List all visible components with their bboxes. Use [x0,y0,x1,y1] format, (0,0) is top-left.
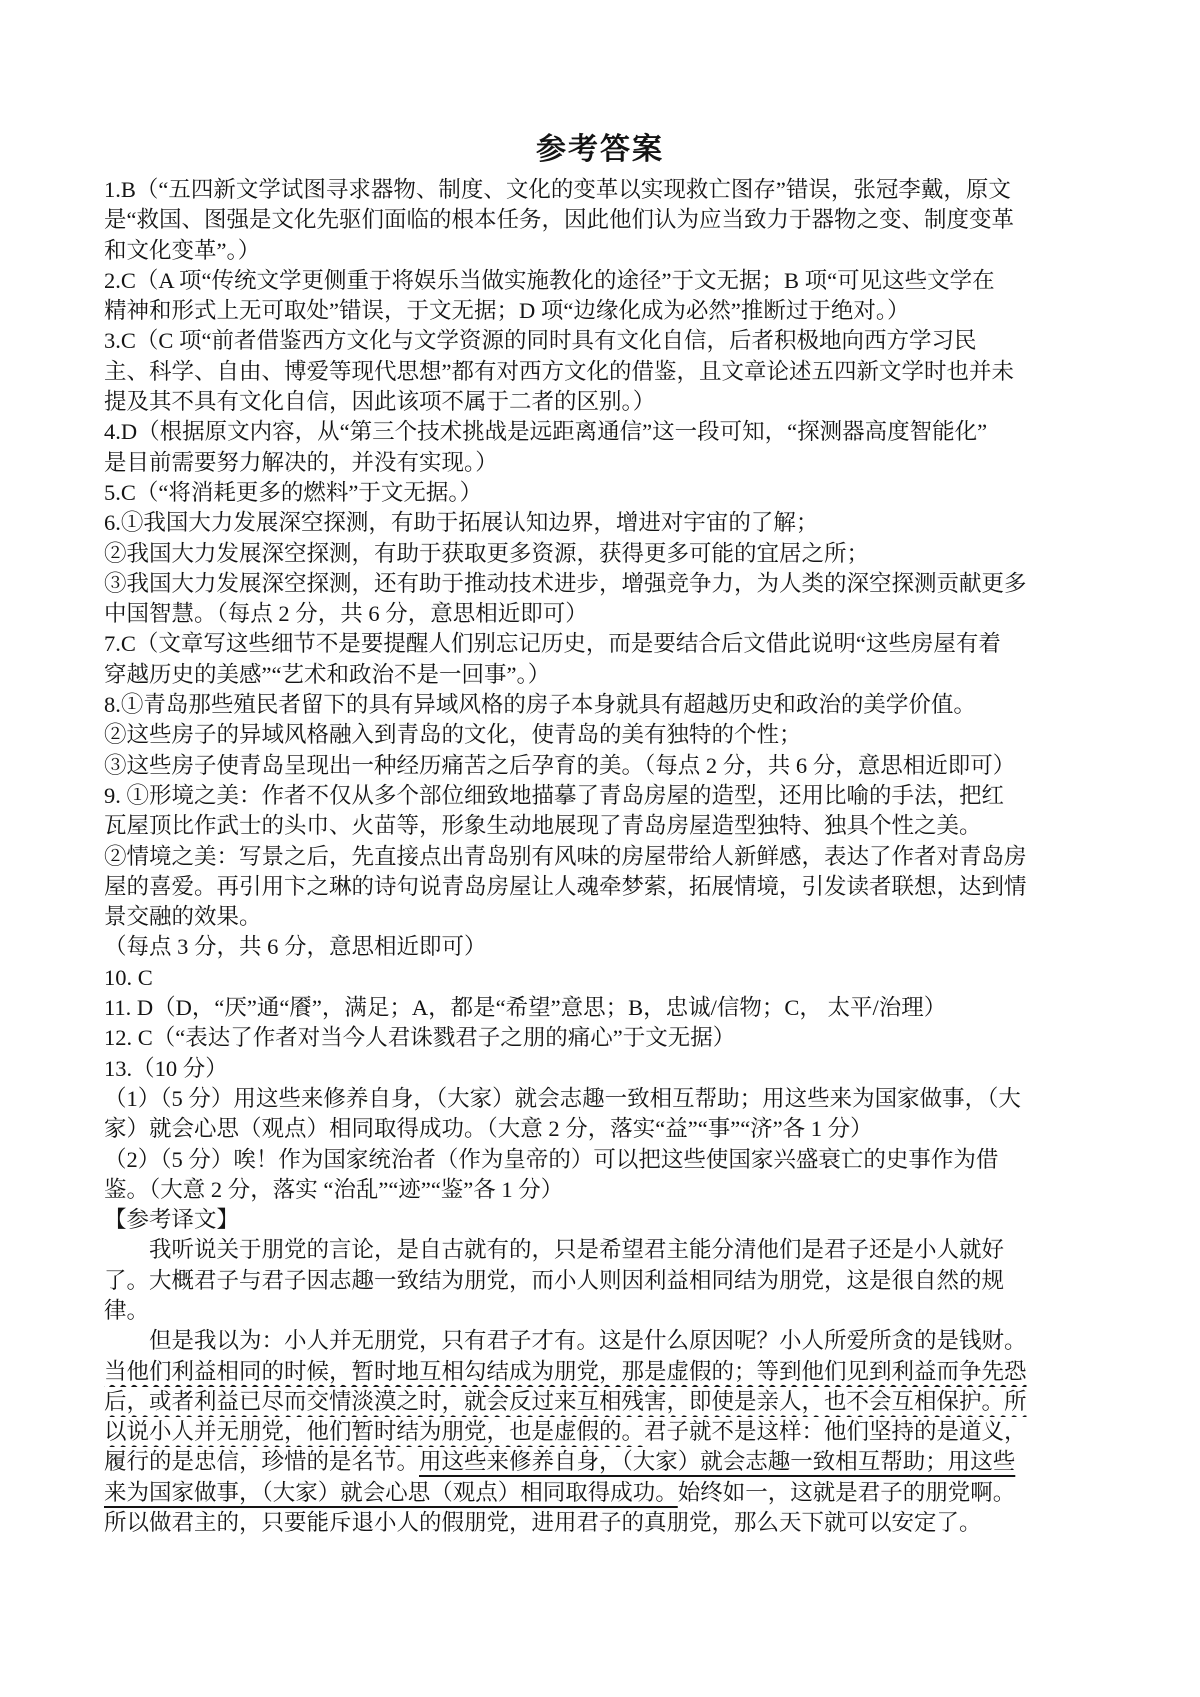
text-segment: 1.B（“五四新文学试图寻求器物、制度、文化的变革以实现救亡图存”错误，张冠李戴… [104,177,1011,202]
text-line: 10. C [104,963,1104,993]
text-line: 所以做君主的，只要能斥退小人的假朋党，进用君子的真朋党，那么天下就可以安定了。 [104,1508,1104,1538]
text-line: 是目前需要努力解决的，并没有实现。） [104,448,1104,478]
text-line: 来为国家做事，（大家）就会心思（观点）相同取得成功。始终如一，这就是君子的朋党啊… [104,1478,1104,1508]
underlined-text: 来为国家做事，（大家）就会心思（观点）相同取得成功。 [104,1480,678,1505]
text-segment: 3.C（C 项“前者借鉴西方文化与文学资源的同时具有文化自信，后者积极地向西方学… [104,328,977,353]
text-line: 当他们利益相同的时候，暂时地互相勾结成为朋党，那是虚假的；等到他们见到利益而争先… [104,1357,1104,1387]
text-segment: ②我国大力发展深空探测，有助于获取更多资源，获得更多可能的宜居之所； [104,541,869,566]
text-line: （每点 3 分，共 6 分，意思相近即可） [104,932,1104,962]
text-segment: 是“救国、图强是文化先驱们面临的根本任务，因此他们认为应当致力于器物之变、制度变… [104,207,1014,232]
text-segment: 提及其不具有文化自信，因此该项不属于二者的区别。） [104,389,655,414]
text-segment: 所以做君主的，只要能斥退小人的假朋党，进用君子的真朋党，那么天下就可以安定了。 [104,1510,982,1535]
text-line: 2.C（A 项“传统文学更侧重于将娱乐当做实施教化的途径”于文无据；B 项“可见… [104,266,1104,296]
text-line: 1.B（“五四新文学试图寻求器物、制度、文化的变革以实现救亡图存”错误，张冠李戴… [104,175,1104,205]
text-line: 我听说关于朋党的言论，是自古就有的，只是希望君主能分清他们是君子还是小人就好 [104,1235,1104,1265]
text-segment: 我听说关于朋党的言论，是自古就有的，只是希望君主能分清他们是君子还是小人就好 [149,1237,1004,1262]
text-line: ②这些房子的异域风格融入到青岛的文化，使青岛的美有独特的个性； [104,720,1104,750]
text-segment: 中国智慧。（每点 2 分，共 6 分，意思相近即可） [104,601,588,626]
text-line: 履行的是忠信，珍惜的是名节。用这些来修养自身，（大家）就会志趣一致相互帮助；用这… [104,1447,1104,1477]
text-line: 11. D（D，“厌”通“餍”，满足；A，都是“希望”意思；B，忠诚/信物；C，… [104,993,1104,1023]
text-line: 提及其不具有文化自信，因此该项不属于二者的区别。） [104,387,1104,417]
text-segment: 始终如一，这就是君子的朋党啊。 [678,1480,1016,1505]
text-segment: ③这些房子使青岛呈现出一种经历痛苦之后孕育的美。（每点 2 分，共 6 分，意思… [104,753,1015,778]
text-line: 家）就会心思（观点）相同取得成功。（大意 2 分，落实“益”“事”“济”各 1 … [104,1114,1104,1144]
text-line: 3.C（C 项“前者借鉴西方文化与文学资源的同时具有文化自信，后者积极地向西方学… [104,326,1104,356]
text-segment: 【参考译文】 [104,1207,239,1232]
text-segment: 13.（10 分） [104,1056,228,1081]
text-segment: 了。大概君子与君子因志趣一致结为朋党，而小人则因利益相同结为朋党，这是很自然的规 [104,1268,1004,1293]
text-segment: 履行的是忠信，珍惜的是名节。 [104,1449,419,1474]
document-page: 参考答案 1.B（“五四新文学试图寻求器物、制度、文化的变革以实现救亡图存”错误… [0,0,1200,1697]
text-segment: 景交融的效果。 [104,904,262,929]
text-segment: 6.①我国大力发展深空探测，有助于拓展认知边界，增进对宇宙的了解； [104,510,818,535]
text-segment: （2）（5 分）唉！作为国家统治者（作为皇帝的）可以把这些使国家兴盛衰亡的史事作… [104,1147,998,1172]
wavy-underlined-text: 以说小人并无朋党，他们暂时结为朋党，也是虚假的。 [104,1419,644,1444]
text-segment: 鉴。（大意 2 分，落实 “治乱”“迹”“鉴”各 1 分） [104,1177,563,1202]
text-segment: 瓦屋顶比作武士的头巾、火苗等，形象生动地展现了青岛房屋造型独特、独具个性之美。 [104,813,982,838]
text-line: ②情境之美：写景之后，先直接点出青岛别有风味的房屋带给人新鲜感，表达了作者对青岛… [104,842,1104,872]
text-line: 7.C（文章写这些细节不是要提醒人们别忘记历史，而是要结合后文借此说明“这些房屋… [104,629,1104,659]
text-line: 后，或者利益已尽而交情淡漠之时，就会反过来互相残害，即使是亲人，也不会互相保护。… [104,1387,1104,1417]
wavy-underlined-text: 当他们利益相同的时候，暂时地互相勾结成为朋党，那是虚假的；等到他们见到利益而争先… [104,1359,1027,1384]
text-line: 景交融的效果。 [104,902,1104,932]
text-line: 瓦屋顶比作武士的头巾、火苗等，形象生动地展现了青岛房屋造型独特、独具个性之美。 [104,811,1104,841]
text-segment: 君子就不是这样：他们坚持的是道义， [644,1419,1027,1444]
underlined-text: 用这些来修养自身，（大家）就会志趣一致相互帮助；用这些 [419,1449,1015,1474]
text-line: 5.C（“将消耗更多的燃料”于文无据。） [104,478,1104,508]
text-segment: 屋的喜爱。再引用卞之琳的诗句说青岛房屋让人魂牵梦萦，拓展情境，引发读者联想，达到… [104,874,1027,899]
text-line: 精神和形式上无可取处”错误，于文无据；D 项“边缘化成为必然”推断过于绝对。） [104,296,1104,326]
text-segment: 4.D（根据原文内容，从“第三个技术挑战是远距离通信”这一段可知，“探测器高度智… [104,419,987,444]
text-line: 了。大概君子与君子因志趣一致结为朋党，而小人则因利益相同结为朋党，这是很自然的规 [104,1266,1104,1296]
text-line: 穿越历史的美感”“艺术和政治不是一回事”。） [104,660,1104,690]
text-segment: 主、科学、自由、博爱等现代思想”都有对西方文化的借鉴，且文章论述五四新文学时也并… [104,359,1014,384]
document-body: 1.B（“五四新文学试图寻求器物、制度、文化的变革以实现救亡图存”错误，张冠李戴… [104,175,1104,1538]
text-segment: 10. C [104,965,153,990]
text-line: 律。 [104,1296,1104,1326]
text-segment: ②情境之美：写景之后，先直接点出青岛别有风味的房屋带给人新鲜感，表达了作者对青岛… [104,844,1027,869]
text-line: 鉴。（大意 2 分，落实 “治乱”“迹”“鉴”各 1 分） [104,1175,1104,1205]
text-line: 4.D（根据原文内容，从“第三个技术挑战是远距离通信”这一段可知，“探测器高度智… [104,417,1104,447]
text-line: 13.（10 分） [104,1054,1104,1084]
text-segment: 穿越历史的美感”“艺术和政治不是一回事”。） [104,662,550,687]
text-line: ③这些房子使青岛呈现出一种经历痛苦之后孕育的美。（每点 2 分，共 6 分，意思… [104,751,1104,781]
text-segment: 但是我以为：小人并无朋党，只有君子才有。这是什么原因呢？小人所爱所贪的是钱财。 [149,1328,1027,1353]
text-segment: 11. D（D，“厌”通“餍”，满足；A，都是“希望”意思；B，忠诚/信物；C，… [104,995,946,1020]
text-segment: 5.C（“将消耗更多的燃料”于文无据。） [104,480,482,505]
text-segment: 精神和形式上无可取处”错误，于文无据；D 项“边缘化成为必然”推断过于绝对。） [104,298,910,323]
text-line: ②我国大力发展深空探测，有助于获取更多资源，获得更多可能的宜居之所； [104,539,1104,569]
text-segment: 和文化变革”。） [104,238,260,263]
text-segment: 2.C（A 项“传统文学更侧重于将娱乐当做实施教化的途径”于文无据；B 项“可见… [104,268,995,293]
text-segment: 8.①青岛那些殖民者留下的具有异域风格的房子本身就具有超越历史和政治的美学价值。 [104,692,976,717]
text-line: 中国智慧。（每点 2 分，共 6 分，意思相近即可） [104,599,1104,629]
text-line: 9. ①形境之美：作者不仅从多个部位细致地描摹了青岛房屋的造型，还用比喻的手法，… [104,781,1104,811]
text-segment: 律。 [104,1298,149,1323]
text-segment: 家）就会心思（观点）相同取得成功。（大意 2 分，落实“益”“事”“济”各 1 … [104,1116,873,1141]
text-segment: ③我国大力发展深空探测，还有助于推动技术进步，增强竞争力，为人类的深空探测贡献更… [104,571,1027,596]
text-line: 屋的喜爱。再引用卞之琳的诗句说青岛房屋让人魂牵梦萦，拓展情境，引发读者联想，达到… [104,872,1104,902]
text-line: （1）（5 分）用这些来修养自身，（大家）就会志趣一致相互帮助；用这些来为国家做… [104,1084,1104,1114]
text-segment: 是目前需要努力解决的，并没有实现。） [104,450,498,475]
wavy-underlined-text: 后，或者利益已尽而交情淡漠之时，就会反过来互相残害，即使是亲人，也不会互相保护。… [104,1389,1027,1414]
text-line: 12. C（“表达了作者对当今人君诛戮君子之朋的痛心”于文无据） [104,1023,1104,1053]
page-title: 参考答案 [0,0,1200,168]
text-line: 以说小人并无朋党，他们暂时结为朋党，也是虚假的。君子就不是这样：他们坚持的是道义… [104,1417,1104,1447]
text-line: 是“救国、图强是文化先驱们面临的根本任务，因此他们认为应当致力于器物之变、制度变… [104,205,1104,235]
text-segment: 7.C（文章写这些细节不是要提醒人们别忘记历史，而是要结合后文借此说明“这些房屋… [104,631,1001,656]
text-segment: 12. C（“表达了作者对当今人君诛戮君子之朋的痛心”于文无据） [104,1025,735,1050]
text-line: 6.①我国大力发展深空探测，有助于拓展认知边界，增进对宇宙的了解； [104,508,1104,538]
text-line: 和文化变革”。） [104,236,1104,266]
text-line: （2）（5 分）唉！作为国家统治者（作为皇帝的）可以把这些使国家兴盛衰亡的史事作… [104,1145,1104,1175]
text-segment: （1）（5 分）用这些来修养自身，（大家）就会志趣一致相互帮助；用这些来为国家做… [104,1086,1021,1111]
text-line: 但是我以为：小人并无朋党，只有君子才有。这是什么原因呢？小人所爱所贪的是钱财。 [104,1326,1104,1356]
text-line: 【参考译文】 [104,1205,1104,1235]
text-line: ③我国大力发展深空探测，还有助于推动技术进步，增强竞争力，为人类的深空探测贡献更… [104,569,1104,599]
text-line: 8.①青岛那些殖民者留下的具有异域风格的房子本身就具有超越历史和政治的美学价值。 [104,690,1104,720]
text-segment: 9. ①形境之美：作者不仅从多个部位细致地描摹了青岛房屋的造型，还用比喻的手法，… [104,783,1004,808]
text-segment: （每点 3 分，共 6 分，意思相近即可） [104,934,487,959]
text-line: 主、科学、自由、博爱等现代思想”都有对西方文化的借鉴，且文章论述五四新文学时也并… [104,357,1104,387]
text-segment: ②这些房子的异域风格融入到青岛的文化，使青岛的美有独特的个性； [104,722,802,747]
